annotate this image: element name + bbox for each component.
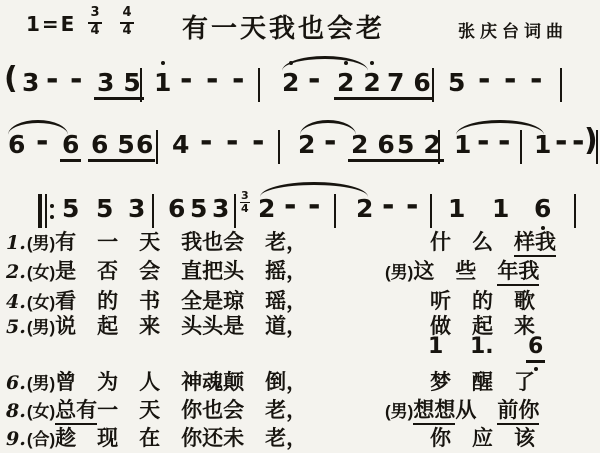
barline — [520, 130, 522, 164]
note-digit: 6 — [168, 196, 185, 221]
key-signature: 1=E — [26, 14, 76, 34]
note-digit: 6 — [534, 196, 551, 221]
note: 2 — [351, 132, 368, 157]
duration-dash: - — [252, 127, 264, 157]
composer-credit: 张庆台词曲 — [458, 17, 568, 42]
note: 7 — [387, 70, 404, 95]
note: 3 — [128, 196, 145, 221]
barline — [140, 68, 142, 102]
tie-arc — [300, 120, 356, 135]
note: 3 — [97, 70, 114, 95]
note: 6 — [134, 132, 155, 162]
lyric-text: 你 应 该 — [430, 427, 535, 450]
note-digit: 5 — [96, 196, 113, 221]
gender-tag: (男) — [385, 263, 413, 282]
note-digit: 2 — [351, 132, 368, 157]
verse-row-6-right: 梦 醒 了 — [430, 366, 535, 396]
note-digit: 5 — [190, 196, 207, 221]
note-digit: 6 — [8, 132, 25, 157]
meter-denominator: 4 — [241, 203, 249, 215]
repeat-start-sign — [38, 194, 54, 228]
barline — [560, 68, 562, 102]
note: 6 — [60, 132, 81, 162]
lyric-text: 这 些 — [413, 260, 497, 283]
beamed-note-group: 2 6 — [348, 132, 398, 162]
note-digit: 1 — [154, 70, 171, 95]
note-digit: 2 — [258, 196, 275, 221]
gender-tag: (男) — [27, 374, 55, 393]
note-digit: 1 — [448, 196, 465, 221]
lyric-text: 做 起 来 — [430, 315, 535, 338]
lyric-text: 一 天 你也会 老， — [97, 399, 307, 422]
meter-3-4: 3 4 — [86, 6, 104, 39]
lyric-text: 梦 醒 了 — [430, 371, 535, 394]
duration-dash: - — [46, 65, 58, 95]
note-digit: 4 — [172, 132, 189, 157]
meter-denominator: 4 — [90, 24, 99, 39]
gender-tag: (男) — [385, 402, 413, 421]
barline — [234, 194, 236, 228]
barline — [430, 194, 432, 228]
note-digit: 3 — [22, 70, 39, 95]
beamed-note-group: 2 2 — [334, 70, 384, 100]
note-digit: 5 — [117, 132, 134, 157]
verse-number: 2. — [6, 261, 26, 283]
note-digit: 5 — [448, 70, 465, 95]
verse-row-6: 6.(男)曾 为 人 神魂颠 倒， — [6, 366, 307, 396]
note-digit: 6 — [91, 132, 108, 157]
duration-dash: - — [232, 65, 244, 95]
beamed-note-group: 3 5 — [94, 70, 144, 100]
high-octave-dot — [370, 61, 374, 65]
meter-numerator: 3 — [88, 6, 101, 24]
note-digit: 3 — [128, 196, 145, 221]
sheet-music-page: { "header": { "key": "1=E", "meters": [{… — [0, 0, 600, 453]
note: 6 — [526, 336, 545, 363]
note-digit: 6 — [413, 70, 430, 95]
note-digit: 1 — [454, 132, 471, 157]
note: 5 — [190, 196, 207, 221]
open-paren: ( — [4, 64, 18, 94]
barline — [438, 130, 440, 164]
duration-dash: - — [504, 65, 516, 95]
note: 6 — [534, 196, 551, 221]
beamed-note-group: 5 2 — [394, 132, 444, 162]
tie-arc — [282, 56, 368, 71]
note: 2 — [356, 196, 373, 221]
note: 2 — [298, 132, 315, 157]
note-digit: 1 — [492, 196, 509, 221]
verse-row-9-right: 你 应 该 — [430, 422, 535, 452]
note-digit: 2 — [282, 70, 299, 95]
note: 5 — [397, 132, 414, 157]
note-digit: 6 — [62, 132, 79, 157]
verse-row-2-right: (男)这 些 年我 — [385, 255, 539, 285]
note: 3 — [22, 70, 39, 95]
note: 1 — [534, 132, 551, 157]
high-octave-dot — [161, 61, 165, 65]
note: 5 — [62, 196, 79, 221]
note: 1 — [492, 196, 509, 221]
music-fragment: 1 1. 6 — [0, 336, 600, 366]
note-digit: 5 — [62, 196, 79, 221]
barline — [334, 194, 336, 228]
note: 5 — [123, 70, 140, 95]
note: 2 — [258, 196, 275, 221]
note-digit: 5 — [397, 132, 414, 157]
song-title: 有一天我也会老 — [182, 8, 385, 45]
note-digit: 3 — [97, 70, 114, 95]
barline — [152, 194, 154, 228]
duration-dash: - — [406, 191, 418, 221]
lyric-text: 说 起 来 头头是 道， — [55, 315, 307, 338]
lyric-text-underlined: 年我 — [497, 260, 539, 286]
note-digit: 2 — [337, 70, 354, 95]
duration-dash: - — [572, 127, 584, 157]
note-digit: 6 — [377, 132, 394, 157]
inline-meter-3-4: 3 4 — [240, 190, 250, 215]
gender-tag: (合) — [27, 430, 55, 449]
note-digit: 6 — [136, 132, 153, 157]
note-digit: 7 — [387, 70, 404, 95]
note: 6 — [168, 196, 185, 221]
lyric-text: 趁 现 在 你还未 老， — [55, 427, 307, 450]
verse-number: 8. — [6, 400, 26, 422]
duration-dash: - — [382, 191, 394, 221]
note-digit: 2 — [298, 132, 315, 157]
note: 5 — [117, 132, 134, 157]
note: 1 — [448, 196, 465, 221]
gender-tag: (女) — [27, 263, 55, 282]
lyric-text: 是 否 会 直把头 摇， — [55, 260, 307, 283]
meter-denominator: 4 — [122, 24, 131, 39]
note: 6 — [377, 132, 394, 157]
duration-dash: - — [555, 127, 567, 157]
note: 6 — [8, 132, 25, 157]
duration-dash: - — [70, 65, 82, 95]
duration-dash: - — [530, 65, 542, 95]
barline — [278, 130, 280, 164]
duration-dash: - — [180, 65, 192, 95]
note: 3 — [212, 196, 229, 221]
barline — [156, 130, 158, 164]
note: 1 — [154, 70, 171, 95]
note-digit: 5 — [123, 70, 140, 95]
tie-arc — [456, 120, 544, 135]
tie-arc — [8, 120, 68, 135]
verse-number: 1. — [6, 232, 26, 254]
note: 2 — [363, 70, 380, 95]
duration-dash: - — [226, 127, 238, 157]
gender-tag: (男) — [27, 234, 55, 253]
duration-dash: - — [478, 65, 490, 95]
note: 2 — [282, 70, 299, 95]
verse-number: 5. — [6, 316, 26, 338]
verse-number: 6. — [6, 372, 26, 394]
verse-row-1: 1.(男)有 一 天 我也会 老， — [6, 226, 307, 256]
duration-dash: - — [200, 127, 212, 157]
gender-tag: (女) — [27, 402, 55, 421]
verse-row-5-right: 做 起 来 — [430, 310, 535, 340]
note-digit: 2 — [363, 70, 380, 95]
note: 4 — [172, 132, 189, 157]
beamed-note-group: 6 5 — [88, 132, 138, 162]
gender-tag: (男) — [27, 318, 55, 337]
verse-row-8: 8.(女)总有一 天 你也会 老， — [6, 394, 307, 424]
tie-arc — [260, 182, 368, 197]
repeat-thick-bar — [38, 194, 42, 228]
note-digit: 2 — [356, 196, 373, 221]
lyric-text-underlined: 样我 — [514, 231, 556, 257]
verse-row-5: 5.(男)说 起 来 头头是 道， — [6, 310, 307, 340]
repeat-thin-bar — [45, 194, 47, 228]
meter-4-4: 4 4 — [118, 6, 136, 39]
note: 2 — [337, 70, 354, 95]
barline — [574, 194, 576, 228]
note: 6 — [91, 132, 108, 157]
barline — [596, 130, 598, 164]
duration-dash: - — [206, 65, 218, 95]
note-digit: 1 — [534, 132, 551, 157]
barline — [432, 68, 434, 102]
beamed-note-group: 7 6 — [384, 70, 434, 100]
lyric-text: 曾 为 人 神魂颠 倒， — [55, 371, 307, 394]
lyric-text: 什 么 — [430, 231, 514, 254]
note: 5 — [448, 70, 465, 95]
lyric-text: 从 — [455, 399, 497, 422]
verse-row-8-right: (男)想想从 前你 — [385, 394, 539, 424]
note: 1 — [454, 132, 471, 157]
verse-number: 9. — [6, 428, 26, 450]
verse-row-9: 9.(合)趁 现 在 你还未 老， — [6, 422, 307, 452]
lyric-text: 有 一 天 我也会 老， — [55, 231, 307, 254]
music-line-2: 6 - 6 6 5 6 4 - - - 2 - 2 6 5 2 1 - - 1 … — [0, 118, 600, 176]
repeat-dots — [50, 194, 54, 228]
verse-row-1-right: 什 么 样我 — [430, 226, 556, 256]
note-digit: 3 — [212, 196, 229, 221]
verse-row-2: 2.(女)是 否 会 直把头 摇， — [6, 255, 307, 285]
note: 6 — [413, 70, 430, 95]
barline — [258, 68, 260, 102]
note: 5 — [96, 196, 113, 221]
meter-numerator: 4 — [120, 6, 133, 24]
music-line-1: ( 3 - - 3 5 1 - - - 2 - 2 2 7 6 5 - - - — [0, 56, 600, 114]
